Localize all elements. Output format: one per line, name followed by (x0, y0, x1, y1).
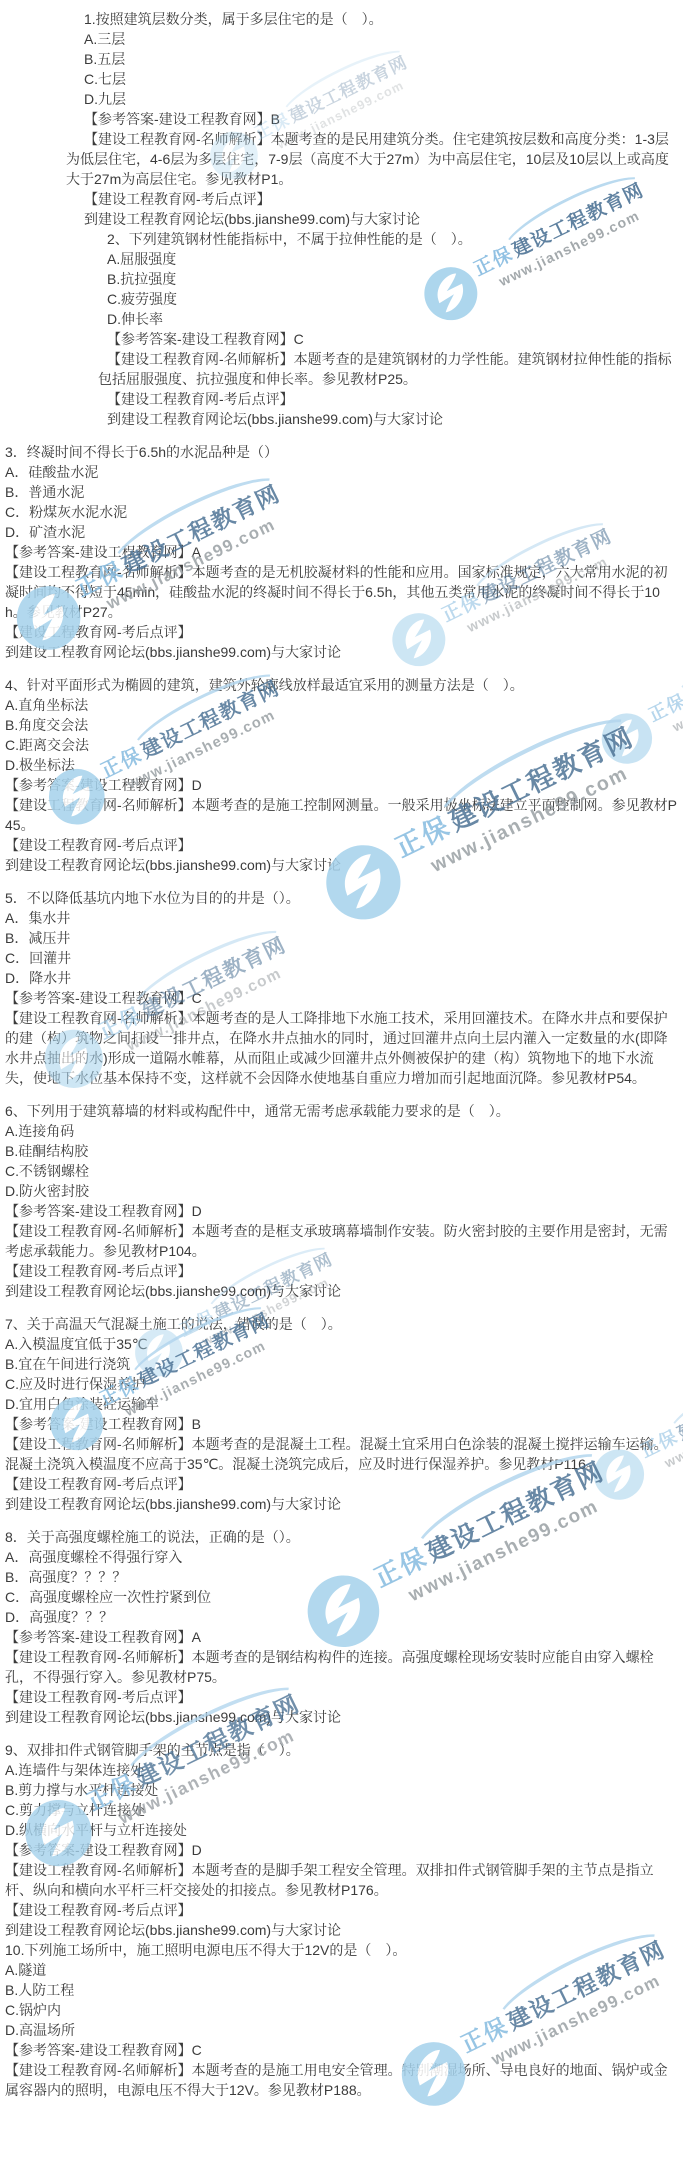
analysis-text: 【建设工程教育网-名师解析】本题考查的是脚手架工程安全管理。双排扣件式钢管脚手架… (5, 1860, 677, 1900)
option-line: D.伸长率 (98, 309, 680, 329)
answer-line: 【参考答案-建设工程教育网】D (5, 1840, 677, 1860)
option-line: A.三层 (66, 29, 679, 49)
question-text: 4、针对平面形式为椭圆的建筑，建筑外轮廓线放样最适宜采用的测量方法是（ ）。 (5, 675, 677, 695)
question-block: 2、下列建筑钢材性能指标中，不属于拉伸性能的是（ ）。A.屈服强度B.抗拉强度C… (98, 229, 680, 429)
analysis-text: 【建设工程教育网-名师解析】本题考查的是钢结构构件的连接。高强度螺栓现场安装时应… (5, 1647, 677, 1687)
forum-line: 到建设工程教育网论坛(bbs.jianshe99.com)与大家讨论 (5, 1281, 677, 1301)
question-text: 9、双排扣件式钢管脚手架的主节点是指（ ）。 (5, 1740, 677, 1760)
answer-line: 【参考答案-建设工程教育网】C (98, 329, 680, 349)
option-line: C.不锈钢螺栓 (5, 1161, 677, 1181)
option-line: C．高强度螺栓应一次性拧紧到位 (5, 1587, 677, 1607)
question-text: 7、关于高温天气混凝土施工的说法，错误的是（ ）。 (5, 1314, 677, 1334)
option-line: C.七层 (66, 69, 679, 89)
option-line: A.入模温度宜低于35℃ (5, 1334, 677, 1354)
review-line: 【建设工程教育网-考后点评】 (5, 835, 677, 855)
question-text: 3．终凝时间不得长于6.5h的水泥品种是（） (5, 442, 677, 462)
analysis-text: 【建设工程教育网-名师解析】本题考查的是无机胶凝材料的性能和应用。国家标准规定，… (5, 562, 677, 622)
option-line: C.距离交会法 (5, 735, 677, 755)
question-text: 6、下列用于建筑幕墙的材料或构配件中，通常无需考虑承载能力要求的是（ ）。 (5, 1101, 677, 1121)
analysis-text: 【建设工程教育网-名师解析】本题考查的是建筑钢材的力学性能。建筑钢材拉伸性能的指… (98, 349, 680, 389)
option-line: B.角度交会法 (5, 715, 677, 735)
analysis-text: 【建设工程教育网-名师解析】本题考查的是施工控制网测量。一般采用极坐标法建立平面… (5, 795, 677, 835)
question-text: 2、下列建筑钢材性能指标中，不属于拉伸性能的是（ ）。 (98, 229, 680, 249)
question-text: 8．关于高强度螺栓施工的说法，正确的是（）。 (5, 1527, 677, 1547)
review-line: 【建设工程教育网-考后点评】 (5, 1687, 677, 1707)
option-line: D.宜用白色涂装砼运输车 (5, 1394, 677, 1414)
question-block: 8．关于高强度螺栓施工的说法，正确的是（）。A．高强度螺栓不得强行穿入B．高强度… (5, 1527, 677, 1727)
answer-line: 【参考答案-建设工程教育网】D (5, 1201, 677, 1221)
option-line: B.硅酮结构胶 (5, 1141, 677, 1161)
question-block: 9、双排扣件式钢管脚手架的主节点是指（ ）。A.连墙件与架体连接处B.剪力撑与水… (5, 1740, 677, 1940)
answer-line: 【参考答案-建设工程教育网】B (66, 109, 679, 129)
forum-line: 到建设工程教育网论坛(bbs.jianshe99.com)与大家讨论 (5, 1494, 677, 1514)
document-page: 1.按照建筑层数分类，属于多层住宅的是（ ）。A.三层B.五层C.七层D.九层【… (0, 0, 683, 2169)
forum-line: 到建设工程教育网论坛(bbs.jianshe99.com)与大家讨论 (98, 409, 680, 429)
option-line: A.直角坐标法 (5, 695, 677, 715)
question-block: 7、关于高温天气混凝土施工的说法，错误的是（ ）。A.入模温度宜低于35℃B.宜… (5, 1314, 677, 1514)
answer-line: 【参考答案-建设工程教育网】D (5, 775, 677, 795)
analysis-text: 【建设工程教育网-名师解析】本题考查的是人工降排地下水施工技术，采用回灌技术。在… (5, 1008, 677, 1088)
review-line: 【建设工程教育网-考后点评】 (66, 189, 679, 209)
answer-line: 【参考答案-建设工程教育网】A (5, 542, 677, 562)
question-block: 5．不以降低基坑内地下水位为目的的井是（）。A．集水井B．减压井C．回灌井D．降… (5, 888, 677, 1088)
question-block: 6、下列用于建筑幕墙的材料或构配件中，通常无需考虑承载能力要求的是（ ）。A.连… (5, 1101, 677, 1301)
analysis-text: 【建设工程教育网-名师解析】本题考查的是民用建筑分类。住宅建筑按层数和高度分类：… (66, 129, 679, 189)
option-line: A．硅酸盐水泥 (5, 462, 677, 482)
question-text: 1.按照建筑层数分类，属于多层住宅的是（ ）。 (66, 9, 679, 29)
analysis-text: 【建设工程教育网-名师解析】本题考查的是框支承玻璃幕墙制作安装。防火密封胶的主要… (5, 1221, 677, 1261)
option-line: D.九层 (66, 89, 679, 109)
forum-line: 到建设工程教育网论坛(bbs.jianshe99.com)与大家讨论 (66, 209, 679, 229)
option-line: A.隧道 (5, 1960, 677, 1980)
option-line: B．高强度？？？？ (5, 1567, 677, 1587)
analysis-text: 【建设工程教育网-名师解析】本题考查的是混凝土工程。混凝土宜采用白色涂装的混凝土… (5, 1434, 677, 1474)
review-line: 【建设工程教育网-考后点评】 (5, 622, 677, 642)
option-line: B．普通水泥 (5, 482, 677, 502)
option-line: A.连接角码 (5, 1121, 677, 1141)
analysis-text: 【建设工程教育网-名师解析】本题考查的是施工用电安全管理。特别潮湿场所、导电良好… (5, 2060, 677, 2100)
option-line: C.疲劳强度 (98, 289, 680, 309)
question-block: 1.按照建筑层数分类，属于多层住宅的是（ ）。A.三层B.五层C.七层D.九层【… (66, 9, 679, 229)
option-line: D.防火密封胶 (5, 1181, 677, 1201)
review-line: 【建设工程教育网-考后点评】 (5, 1474, 677, 1494)
review-line: 【建设工程教育网-考后点评】 (5, 1900, 677, 1920)
question-text: 10.下列施工场所中，施工照明电源电压不得大于12V的是（ ）。 (5, 1940, 677, 1960)
option-line: A．集水井 (5, 908, 677, 928)
questions-list: 1.按照建筑层数分类，属于多层住宅的是（ ）。A.三层B.五层C.七层D.九层【… (0, 0, 683, 2100)
option-line: D.极坐标法 (5, 755, 677, 775)
question-block: 3．终凝时间不得长于6.5h的水泥品种是（）A．硅酸盐水泥B．普通水泥C．粉煤灰… (5, 442, 677, 662)
review-line: 【建设工程教育网-考后点评】 (5, 1261, 677, 1281)
answer-line: 【参考答案-建设工程教育网】C (5, 988, 677, 1008)
answer-line: 【参考答案-建设工程教育网】A (5, 1627, 677, 1647)
forum-line: 到建设工程教育网论坛(bbs.jianshe99.com)与大家讨论 (5, 1707, 677, 1727)
option-line: A．高强度螺栓不得强行穿入 (5, 1547, 677, 1567)
option-line: D．降水井 (5, 968, 677, 988)
option-line: D．高强度？？？ (5, 1607, 677, 1627)
forum-line: 到建设工程教育网论坛(bbs.jianshe99.com)与大家讨论 (5, 1920, 677, 1940)
option-line: B.宜在午间进行浇筑 (5, 1354, 677, 1374)
forum-line: 到建设工程教育网论坛(bbs.jianshe99.com)与大家讨论 (5, 855, 677, 875)
question-text: 5．不以降低基坑内地下水位为目的的井是（）。 (5, 888, 677, 908)
option-line: B.抗拉强度 (98, 269, 680, 289)
answer-line: 【参考答案-建设工程教育网】C (5, 2040, 677, 2060)
option-line: D.高温场所 (5, 2020, 677, 2040)
answer-line: 【参考答案-建设工程教育网】B (5, 1414, 677, 1434)
option-line: B.剪力撑与水平杆连接处 (5, 1780, 677, 1800)
review-line: 【建设工程教育网-考后点评】 (98, 389, 680, 409)
option-line: C.剪力撑与立杆连接处 (5, 1800, 677, 1820)
option-line: B.五层 (66, 49, 679, 69)
question-block: 4、针对平面形式为椭圆的建筑，建筑外轮廓线放样最适宜采用的测量方法是（ ）。A.… (5, 675, 677, 875)
option-line: C.锅炉内 (5, 2000, 677, 2020)
forum-line: 到建设工程教育网论坛(bbs.jianshe99.com)与大家讨论 (5, 642, 677, 662)
question-block: 10.下列施工场所中，施工照明电源电压不得大于12V的是（ ）。A.隧道B.人防… (5, 1940, 677, 2100)
option-line: A.连墙件与架体连接处 (5, 1760, 677, 1780)
option-line: C．粉煤灰水泥水泥 (5, 502, 677, 522)
option-line: B.人防工程 (5, 1980, 677, 2000)
option-line: C．回灌井 (5, 948, 677, 968)
option-line: D．矿渣水泥 (5, 522, 677, 542)
option-line: B．减压井 (5, 928, 677, 948)
option-line: A.屈服强度 (98, 249, 680, 269)
option-line: D.纵横向水平杆与立杆连接处 (5, 1820, 677, 1840)
option-line: C.应及时进行保湿养护 (5, 1374, 677, 1394)
